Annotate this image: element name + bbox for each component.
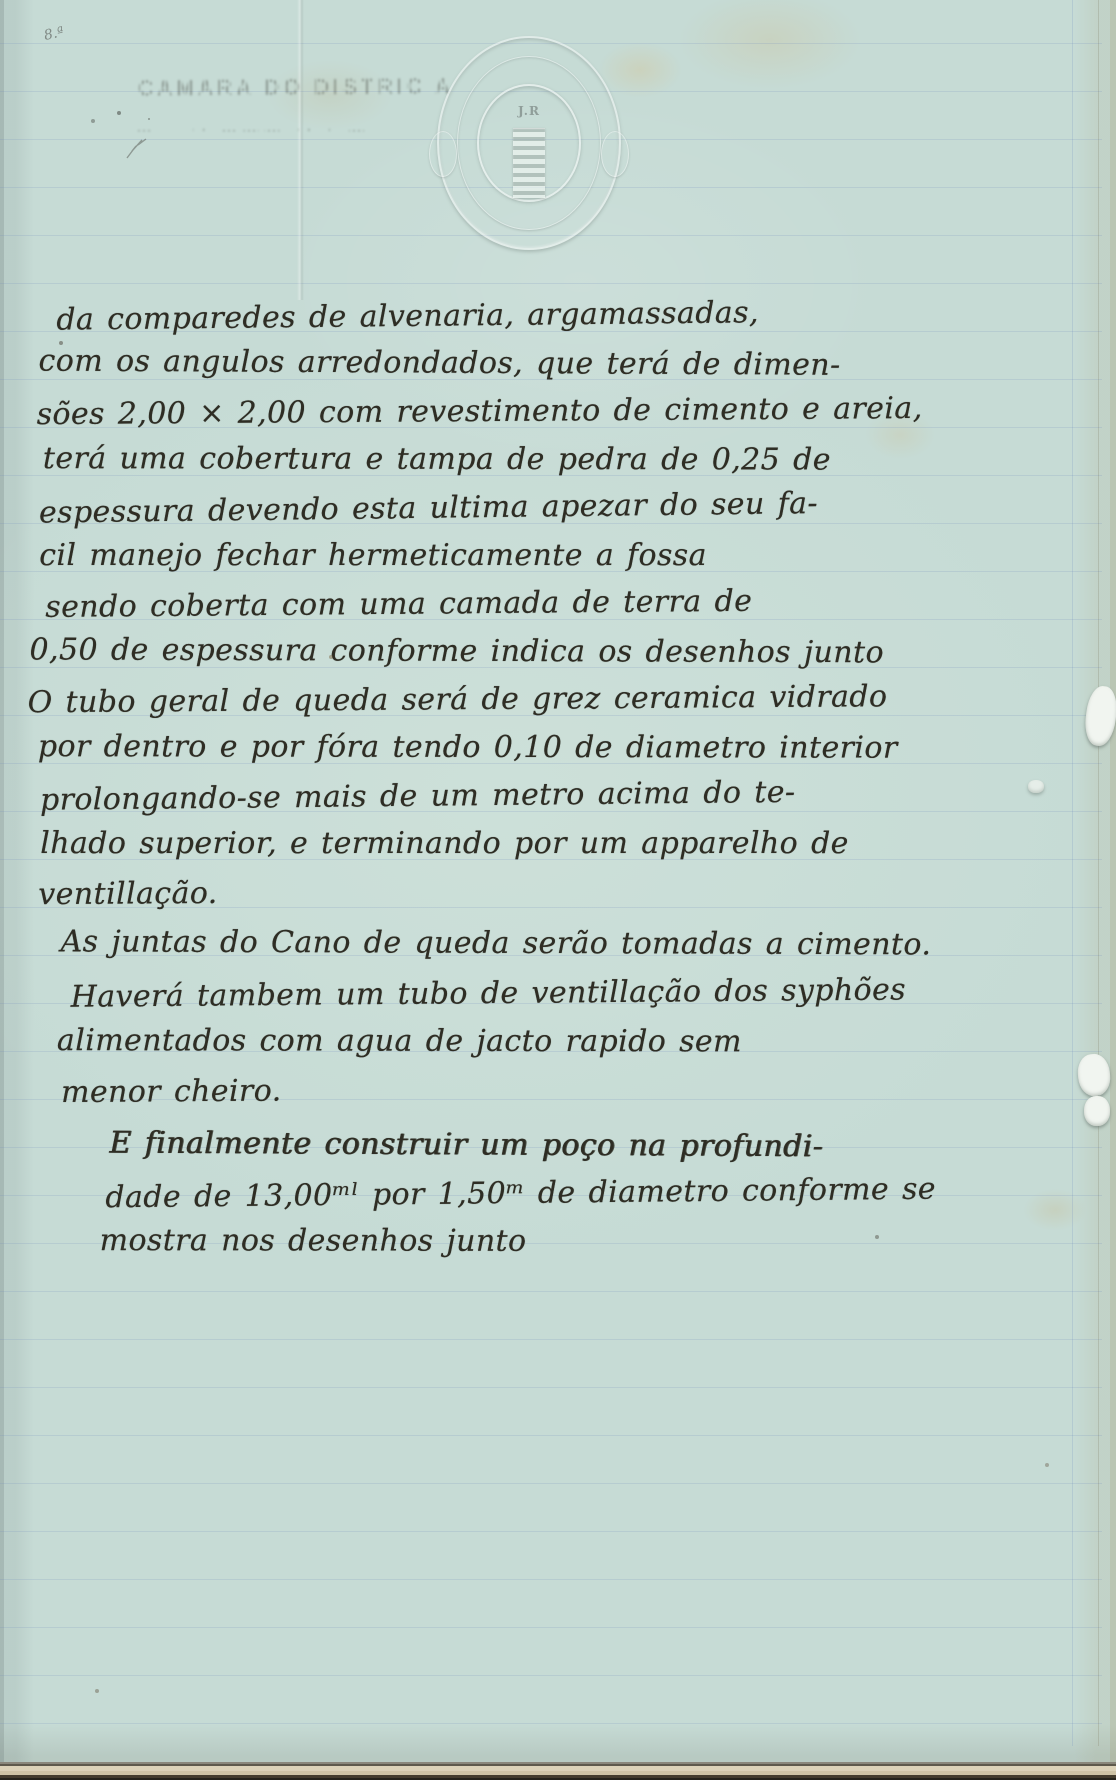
seal-monogram: J.R xyxy=(437,104,621,118)
manuscript-line: menor cheiro. xyxy=(61,1069,961,1123)
manuscript-line: com os angulos arredondados, que terá de… xyxy=(38,344,958,397)
page-bottom-edge xyxy=(0,1762,1116,1780)
embossed-seal: J.R xyxy=(437,36,621,250)
manuscript-line: sendo coberta com uma camada de terra de xyxy=(45,582,959,638)
pencil-squiggle-mark xyxy=(126,138,152,165)
page-edge-crease xyxy=(1098,0,1099,1746)
fold-crease xyxy=(297,0,304,300)
manuscript-line: Haverá tambem um tubo de ventillação dos… xyxy=(71,972,961,1028)
seal-flourish-right xyxy=(601,131,629,177)
manuscript-page: 8.ª CAMARA DO DISTRIC A — · ·· ——— ·· · … xyxy=(0,0,1116,1764)
ink-specks xyxy=(0,0,2,2)
manuscript-line: mostra nos desenhos junto xyxy=(100,1223,962,1273)
manuscript-line: terá uma cobertura e tampa de pedra de 0… xyxy=(43,441,959,491)
manuscript-line: cil manejo fechar hermeticamente a fossa xyxy=(39,538,959,586)
pencil-corner-mark: 8.ª xyxy=(43,24,66,44)
manuscript-line: da comparedes de alvenaria, argamassadas… xyxy=(56,293,958,350)
manuscript-line: alimentados com agua de jacto rapido sem xyxy=(57,1023,961,1073)
manuscript-line: prolongando-se mais de um metro acima do… xyxy=(40,773,960,831)
manuscript-line: E finalmente construir um poço na profun… xyxy=(109,1126,961,1178)
manuscript-line: dade de 13,00ᵐˡ por 1,50ᵐ de diametro co… xyxy=(105,1171,961,1228)
torn-paper-spot xyxy=(1028,780,1044,793)
document-photo: 8.ª CAMARA DO DISTRIC A — · ·· ——— ·· · … xyxy=(0,0,1116,1780)
manuscript-line: O tubo geral de queda será de grez ceram… xyxy=(28,679,960,734)
seal-coat-of-arms-tower xyxy=(513,128,545,198)
torn-paper-spot xyxy=(1076,1052,1112,1097)
manuscript-line: 0,50 de espessura conforme indica os des… xyxy=(29,632,959,683)
manuscript-text: da comparedes de alvenaria, argamassadas… xyxy=(0,296,962,1273)
torn-paper-spot xyxy=(1084,1096,1110,1126)
manuscript-line: As juntas do Cano de queda serão tomadas… xyxy=(60,924,960,975)
seal-flourish-left xyxy=(429,131,457,177)
manuscript-line: por dentro e por fóra tendo 0,10 de diam… xyxy=(38,729,960,779)
torn-paper-spot xyxy=(1082,684,1116,747)
manuscript-line: ventillação. xyxy=(38,871,960,925)
manuscript-line: sões 2,00 × 2,00 com revestimento de cim… xyxy=(37,391,959,445)
manuscript-line: lhado superior, e terminando por um appa… xyxy=(40,826,960,874)
vertical-rule-line xyxy=(1072,0,1073,1746)
manuscript-line: espessura devendo esta ultima apezar do … xyxy=(39,484,960,543)
